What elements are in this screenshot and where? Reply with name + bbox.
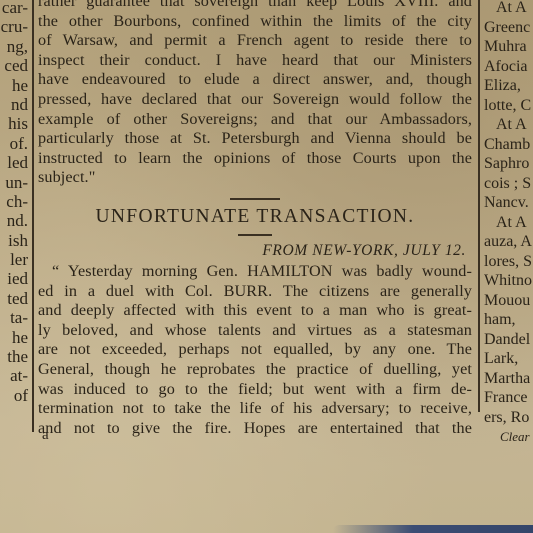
fragment: Whitno [484,271,533,291]
fragment: nd. [0,211,28,230]
fragment: France [484,388,533,408]
fragment: At A [484,213,533,233]
fragment: car- [0,0,28,17]
fragment: Clear [484,427,533,447]
text-line: ly beloved, and whose talents and virtue… [38,321,472,341]
text-line: have endeavoured to elude a direct answe… [38,70,472,90]
fragment: Dandel [484,330,533,350]
fragment: ied [0,269,28,288]
fragment: of. [0,134,28,153]
fragment: nd [0,95,28,114]
text-line: instructed to learn the opinions of thos… [38,149,472,169]
text-line: of Warsaw, and permit a French agent to … [38,31,472,51]
fragment: lotte, C [484,96,533,116]
fragment: he [0,76,28,95]
text-line: ed in a duel with Col. BURR. The citizen… [38,282,472,302]
text-line: inspect their conduct. I have heard that… [38,51,472,71]
text-line: subject." [38,168,472,188]
fragment: ch- [0,192,28,211]
headline-divider [238,234,272,236]
fragment: ted [0,289,28,308]
fragment: cru- [0,17,28,36]
text-line: are not exceeded, perhaps not equalled, … [38,340,472,360]
fragment: ers, Ro [484,408,533,428]
fragment: ced [0,56,28,75]
section-divider [230,198,280,200]
text-line: was induced to go to the field; but went… [38,380,472,400]
fragment: Martha [484,369,533,389]
fragment: Lark, [484,349,533,369]
fragment: At A [484,115,533,135]
fragment: ng, [0,37,28,56]
left-column: car- cru- ng, ced he nd his of. led un- … [0,0,28,405]
fragment: Muhra [484,37,533,57]
fragment: ta- [0,308,28,327]
fragment: Afocia [484,57,533,77]
fragment: lores, S [484,252,533,272]
text-line: termination not to take the life of his … [38,399,472,419]
text-line: particularly those at St. Petersburgh an… [38,129,472,149]
text-line: and deeply affected with this event to a… [38,301,472,321]
text-line: rather guarantee that sovereign than kee… [38,0,472,12]
fragment: at- [0,366,28,385]
fragment: Eliza, [484,76,533,96]
signature-mark: a [42,427,49,444]
text-line: General, though he reprobates the practi… [38,360,472,380]
text-line: the other Bourbons, confined within the … [38,12,472,32]
article-dateline: FROM NEW-YORK, JULY 12. [38,242,466,260]
fragment: his [0,114,28,133]
fragment: Greenc [484,18,533,38]
fragment: Nancv. [484,193,533,213]
text-line: example of other Sovereigns; and that ou… [38,110,472,130]
fragment: ham, [484,310,533,330]
fragment: ler [0,250,28,269]
text-line: and not to give the fire. Hopes are ente… [38,419,472,439]
right-column: At A Greenc Muhra Afocia Eliza, lotte, C… [484,0,533,447]
fragment: led [0,153,28,172]
column-divider-right [478,0,480,412]
main-column: rather guarantee that sovereign than kee… [38,0,472,438]
fragment: he [0,328,28,347]
background-surface [333,525,533,533]
fragment: Saphro [484,154,533,174]
fragment: the [0,347,28,366]
fragment: Mouou [484,291,533,311]
column-divider-left [32,0,34,432]
fragment: auza, A [484,232,533,252]
fragment: ish [0,231,28,250]
text-line: “ Yesterday morning Gen. HAMILTON was ba… [38,262,472,282]
fragment: un- [0,173,28,192]
fragment: At A [484,0,533,18]
fragment: of [0,386,28,405]
fragment: Chamb [484,135,533,155]
text-line: pressed, have declared that our Sovereig… [38,90,472,110]
fragment: cois ; S [484,174,533,194]
article-headline: UNFORTUNATE TRANSACTION. [38,206,472,228]
